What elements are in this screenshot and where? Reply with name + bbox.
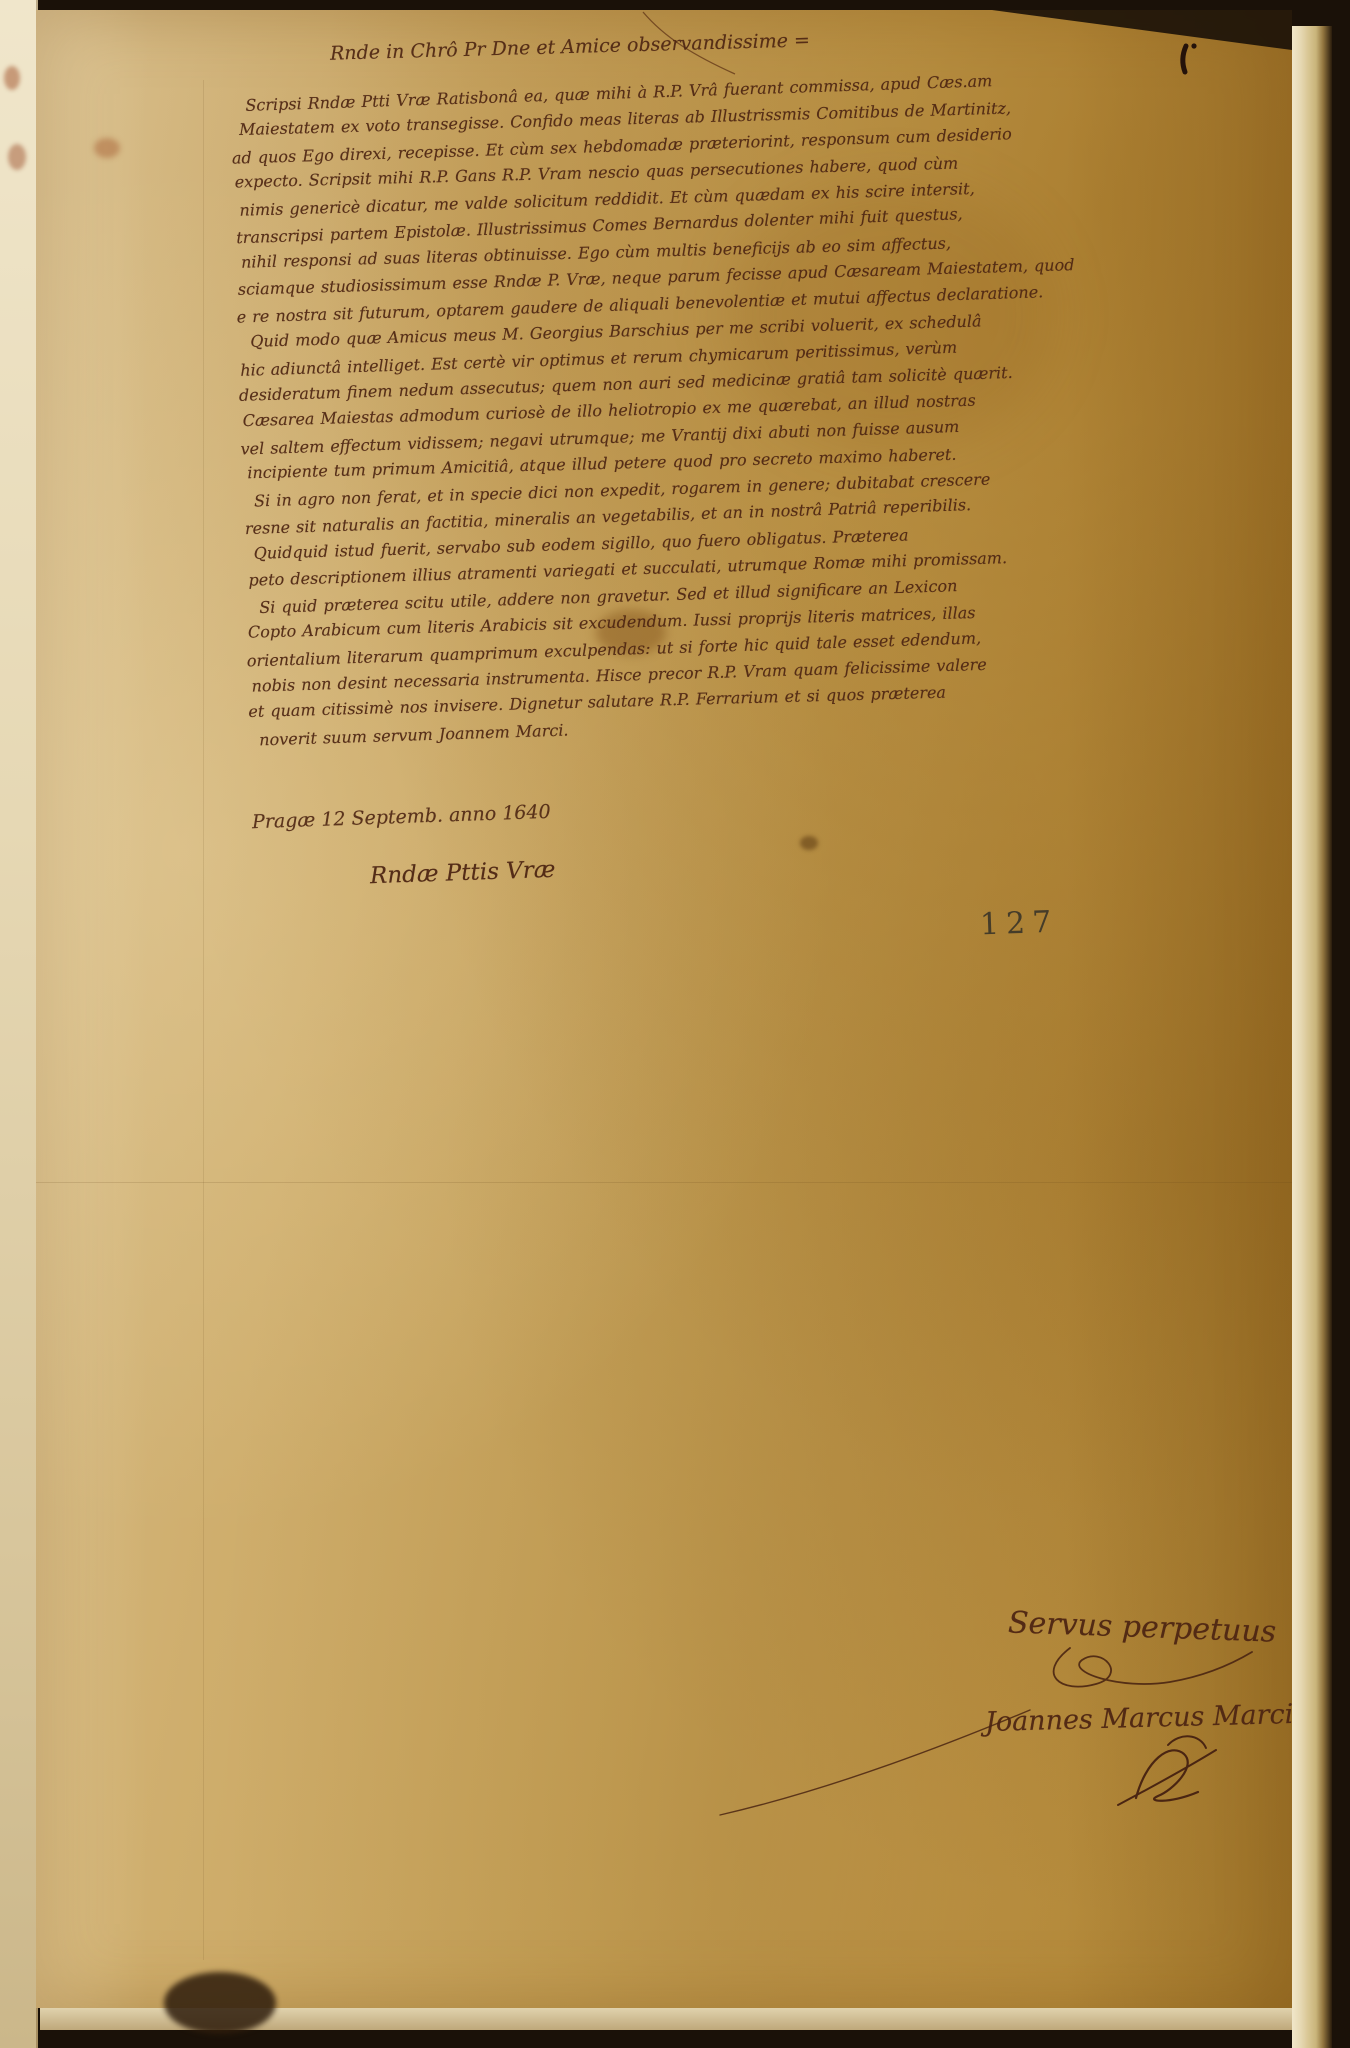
stain (94, 138, 120, 158)
letter-body: Scripsi Rndæ Ptti Vræ Ratisbonâ ea, quæ … (230, 69, 1039, 753)
manuscript-page: Rnde in Chrô Pr Dne et Amice observandis… (36, 10, 1292, 2008)
page-bottom-edge (40, 2008, 1292, 2030)
crease-vertical (203, 80, 204, 1960)
ink-spot (800, 836, 818, 850)
dateline: Pragæ 12 Septemb. anno 1640 (252, 801, 551, 833)
crease-horizontal (36, 1182, 1292, 1183)
previous-page-edge (0, 0, 38, 2048)
subscription-line: Rndæ Pttis Vræ (370, 857, 556, 889)
ink-mark (1172, 40, 1202, 76)
corner-shadow (992, 10, 1292, 50)
folio-number-stamp: 127 (979, 905, 1058, 943)
signature-flourish (700, 1690, 1300, 1860)
manuscript-scan: Rnde in Chrô Pr Dne et Amice observandis… (0, 0, 1350, 2048)
